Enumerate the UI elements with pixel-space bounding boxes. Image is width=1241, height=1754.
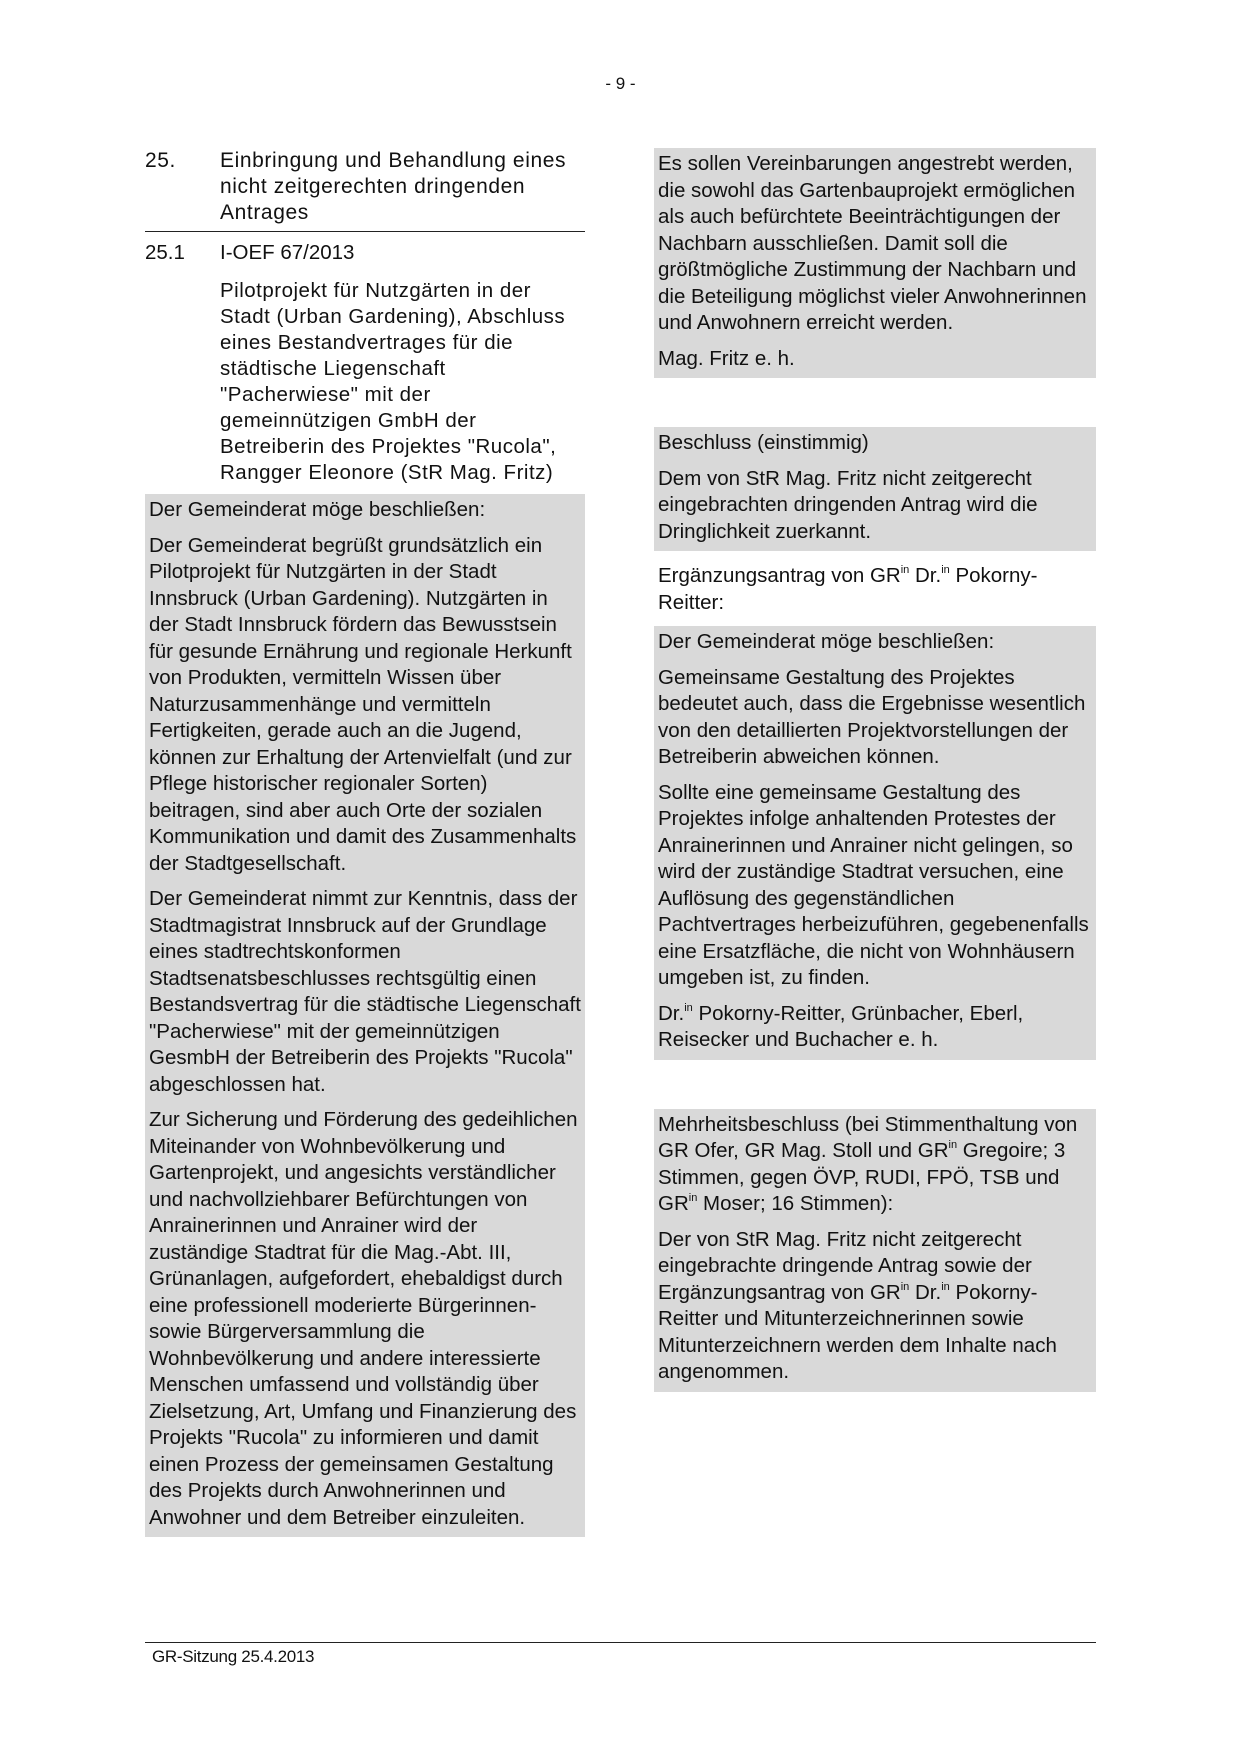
resolution-title: Beschluss (einstimmig): [658, 430, 1092, 457]
superscript: in: [684, 1002, 693, 1014]
item-number: 25.1: [145, 240, 220, 266]
heading-divider: [145, 231, 585, 232]
item-code: I-OEF 67/2013: [220, 240, 585, 266]
page-number: - 9 -: [0, 74, 1241, 94]
majority-title: Mehrheitsbeschluss (bei Stimmenthaltung …: [658, 1112, 1092, 1218]
footer-text: GR-Sitzung 25.4.2013: [152, 1647, 314, 1667]
majority-text: Moser; 16 Stimmen):: [697, 1192, 893, 1215]
resolution-box: Beschluss (einstimmig) Dem von StR Mag. …: [654, 427, 1096, 551]
motion-paragraph: Zur Sicherung und Förderung des gedeihli…: [149, 1107, 581, 1531]
amendment-text: Ergänzungsantrag von GR: [658, 564, 901, 587]
amendment-paragraph: Sollte eine gemeinsame Gestaltung des Pr…: [658, 780, 1092, 992]
left-column: 25. Einbringung und Behandlung eines nic…: [145, 148, 585, 1537]
footer-divider: [145, 1642, 1096, 1643]
section-title: Einbringung und Behandlung eines nicht z…: [220, 148, 585, 226]
amendment-box: Der Gemeinderat möge beschließen: Gemein…: [654, 626, 1096, 1060]
superscript: in: [941, 564, 950, 576]
resolution-text: Dem von StR Mag. Fritz nicht zeitgerecht…: [658, 466, 1092, 546]
signature: Mag. Fritz e. h.: [658, 346, 1092, 373]
motion-paragraph: Der Gemeinderat nimmt zur Kenntnis, dass…: [149, 886, 581, 1098]
motion-intro: Der Gemeinderat möge beschließen:: [149, 497, 581, 524]
item-header: 25.1 I-OEF 67/2013: [145, 240, 585, 266]
item-title: Pilotprojekt für Nutzgärten in der Stadt…: [220, 278, 585, 486]
motion-continuation-box: Es sollen Vereinbarungen angestrebt werd…: [654, 148, 1096, 378]
signature-text: Pokorny-Reitter, Grünbacher, Eberl, Reis…: [658, 1002, 1023, 1052]
majority-decision: Der von StR Mag. Fritz nicht zeitgerecht…: [658, 1227, 1092, 1386]
decision-text: Dr.: [909, 1281, 941, 1304]
superscript: in: [901, 1281, 910, 1293]
superscript: in: [941, 1281, 950, 1293]
motion-paragraph: Es sollen Vereinbarungen angestrebt werd…: [658, 151, 1092, 337]
motion-box: Der Gemeinderat möge beschließen: Der Ge…: [145, 494, 585, 1537]
amendment-text: Dr.: [909, 564, 941, 587]
section-number: 25.: [145, 148, 220, 226]
superscript: in: [949, 1139, 958, 1151]
majority-resolution-box: Mehrheitsbeschluss (bei Stimmenthaltung …: [654, 1109, 1096, 1392]
superscript: in: [901, 564, 910, 576]
signature-text: Dr.: [658, 1002, 684, 1025]
amendment-paragraph: Gemeinsame Gestaltung des Projektes bede…: [658, 665, 1092, 771]
right-column: Es sollen Vereinbarungen angestrebt werd…: [654, 148, 1096, 1392]
amendment-intro: Der Gemeinderat möge beschließen:: [658, 629, 1092, 656]
motion-paragraph: Der Gemeinderat begrüßt grundsätzlich ei…: [149, 533, 581, 878]
amendment-heading: Ergänzungsantrag von GRin Dr.in Pokorny-…: [658, 563, 1096, 616]
amendment-signature: Dr.in Pokorny-Reitter, Grünbacher, Eberl…: [658, 1001, 1092, 1054]
section-heading: 25. Einbringung und Behandlung eines nic…: [145, 148, 585, 226]
